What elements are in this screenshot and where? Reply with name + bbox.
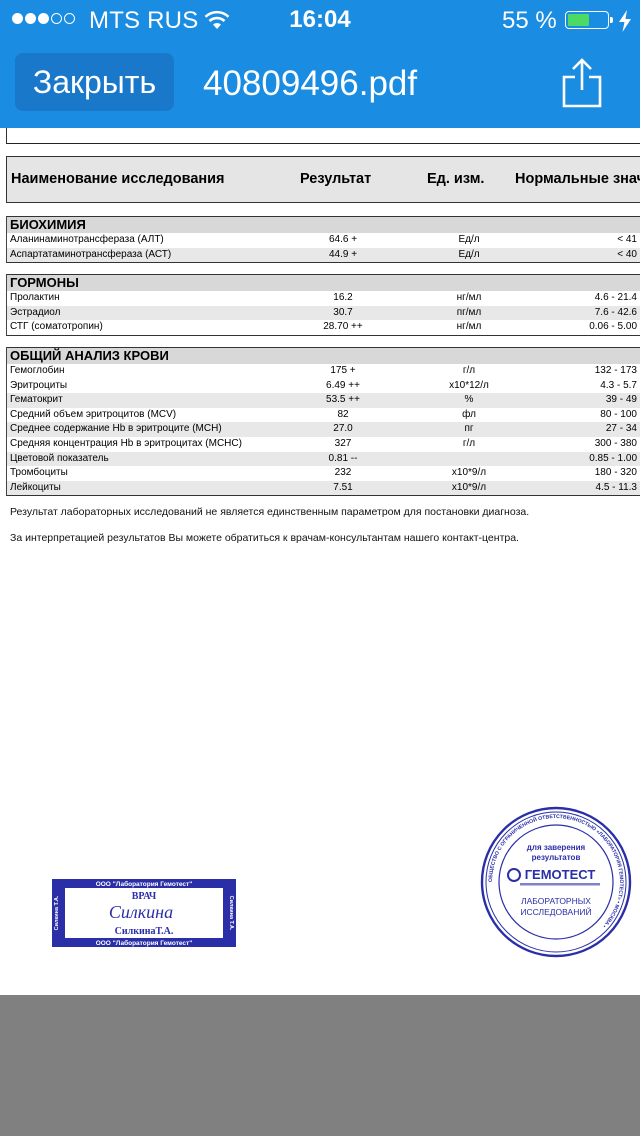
svg-text:Силкина Т.А.: Силкина Т.А. [54,895,60,930]
test-name: Цветовой показатель [10,452,109,467]
previous-table-edge [6,128,640,144]
section-title: ОБЩИЙ АНАЛИЗ КРОВИ [7,347,640,364]
test-result: 27.0 [316,422,370,437]
svg-text:ВРАЧ: ВРАЧ [132,891,157,902]
test-norm: 27 - 34 [567,422,637,437]
svg-text:Силкина: Силкина [109,902,173,922]
test-unit: г/л [441,364,497,379]
header-norm: Нормальные знач [515,171,640,187]
test-norm: 180 - 320 [567,466,637,481]
navigation-bar: MTS RUS 16:04 55 % Закрыть 40809496.pdf [0,0,640,128]
test-unit: г/л [441,437,497,452]
test-name: Пролактин [10,291,60,306]
table-row: Лейкоциты7.51x10*9/л4.5 - 11.3 [7,481,640,496]
test-unit: нг/мл [441,291,497,306]
test-unit: Ед/л [441,233,497,248]
section-title: ГОРМОНЫ [7,274,640,291]
test-result: 175 + [316,364,370,379]
test-norm: 300 - 380 [567,437,637,452]
test-result: 7.51 [316,481,370,496]
battery-terminal [610,17,613,23]
test-unit: x10*12/л [441,379,497,394]
test-norm: 4.5 - 11.3 [567,481,637,496]
table-row: Средний объем эритроцитов (MCV)82фл80 - … [7,408,640,423]
test-norm: 0.06 - 5.00 [567,320,637,335]
test-result: 28.70 ++ [316,320,370,335]
pdf-page[interactable]: Наименование исследования Результат Ед. … [0,128,640,995]
test-result: 232 [316,466,370,481]
share-icon[interactable] [560,58,604,108]
test-unit: Ед/л [441,248,497,263]
contact-center-note: За интерпретацией результатов Вы можете … [10,532,519,544]
table-row: Средняя концентрация Hb в эритроцитах (M… [7,437,640,452]
test-unit: фл [441,408,497,423]
test-result: 6.49 ++ [316,379,370,394]
test-result: 16.2 [316,291,370,306]
table-row: Цветовой показатель0.81 --0.85 - 1.00 [7,452,640,467]
test-unit: x10*9/л [441,466,497,481]
test-name: Гематокрит [10,393,63,408]
doctor-stamp: ООО "Лаборатория Гемотест" ООО "Лаборато… [51,878,237,948]
svg-text:СилкинаТ.А.: СилкинаТ.А. [115,926,174,937]
header-result: Результат [300,171,371,187]
test-norm: 4.3 - 5.7 [567,379,637,394]
svg-text:ИССЛЕДОВАНИЙ: ИССЛЕДОВАНИЙ [520,906,591,917]
svg-text:Силкина Т.А.: Силкина Т.А. [228,896,234,931]
disclaimer-note: Результат лабораторных исследований не я… [10,506,529,518]
test-norm: 132 - 173 [567,364,637,379]
test-norm: < 40 [567,248,637,263]
svg-text:для заверения: для заверения [527,843,586,852]
test-name: Лейкоциты [10,481,61,496]
table-row: Гематокрит53.5 ++%39 - 49 [7,393,640,408]
test-name: Аспартатаминотрансфераза (АСТ) [10,248,171,263]
test-result: 30.7 [316,306,370,321]
test-result: 64.6 + [316,233,370,248]
table-row: Пролактин16.2нг/мл4.6 - 21.4 [7,291,640,306]
test-result: 0.81 -- [316,452,370,467]
table-row: Эритроциты6.49 ++x10*12/л4.3 - 5.7 [7,379,640,394]
table-row: Аланинаминотрансфераза (АЛТ)64.6 +Ед/л< … [7,233,640,248]
test-name: Средний объем эритроцитов (MCV) [10,408,176,423]
table-section: ГОРМОНЫПролактин16.2нг/мл4.6 - 21.4Эстра… [6,274,640,336]
table-section: ОБЩИЙ АНАЛИЗ КРОВИГемоглобин175 +г/л132 … [6,347,640,496]
test-name: Эстрадиол [10,306,61,321]
table-header: Наименование исследования Результат Ед. … [6,156,640,203]
lab-stamp: ОБЩЕСТВО С ОГРАНИЧЕННОЙ ОТВЕТСТВЕННОСТЬЮ… [480,806,632,958]
test-norm: 0.85 - 1.00 [567,452,637,467]
table-row: Тромбоциты232x10*9/л180 - 320 [7,466,640,481]
test-norm: 4.6 - 21.4 [567,291,637,306]
test-unit: пг/мл [441,306,497,321]
svg-text:ООО "Лаборатория Гемотест": ООО "Лаборатория Гемотест" [96,939,193,947]
test-unit: нг/мл [441,320,497,335]
close-button[interactable]: Закрыть [15,53,174,111]
svg-text:ЛАБОРАТОРНЫХ: ЛАБОРАТОРНЫХ [521,896,591,906]
test-result: 327 [316,437,370,452]
test-result: 53.5 ++ [316,393,370,408]
test-norm: 7.6 - 42.6 [567,306,637,321]
battery-percentage: 55 % [502,7,557,35]
header-unit: Ед. изм. [427,171,484,187]
charging-bolt-icon [618,10,632,32]
test-name: Среднее содержание Hb в эритроците (MCH) [10,422,222,437]
svg-text:результатов: результатов [532,853,581,862]
test-norm: < 41 [567,233,637,248]
test-unit: x10*9/л [441,481,497,496]
test-norm: 39 - 49 [567,393,637,408]
test-result: 44.9 + [316,248,370,263]
table-section: БИОХИМИЯАланинаминотрансфераза (АЛТ)64.6… [6,216,640,263]
test-name: СТГ (соматотропин) [10,320,103,335]
table-row: Среднее содержание Hb в эритроците (MCH)… [7,422,640,437]
table-row: Аспартатаминотрансфераза (АСТ)44.9 +Ед/л… [7,248,640,263]
test-name: Аланинаминотрансфераза (АЛТ) [10,233,164,248]
document-title: 40809496.pdf [203,64,417,104]
table-row: Гемоглобин175 +г/л132 - 173 [7,364,640,379]
test-name: Эритроциты [10,379,67,394]
svg-text:ГЕМОТЕСТ: ГЕМОТЕСТ [525,867,596,882]
test-unit: пг [441,422,497,437]
section-title: БИОХИМИЯ [7,216,640,233]
test-result: 82 [316,408,370,423]
status-bar: MTS RUS 16:04 55 % [0,0,640,40]
test-name: Средняя концентрация Hb в эритроцитах (M… [10,437,242,452]
table-row: Эстрадиол30.7пг/мл7.6 - 42.6 [7,306,640,321]
test-unit: % [441,393,497,408]
test-norm: 80 - 100 [567,408,637,423]
header-name: Наименование исследования [11,171,225,187]
svg-text:ООО "Лаборатория Гемотест": ООО "Лаборатория Гемотест" [96,880,193,888]
table-row: СТГ (соматотропин)28.70 ++нг/мл0.06 - 5.… [7,320,640,335]
test-name: Гемоглобин [10,364,65,379]
test-name: Тромбоциты [10,466,68,481]
battery-icon [565,11,609,29]
battery-level [568,14,589,26]
